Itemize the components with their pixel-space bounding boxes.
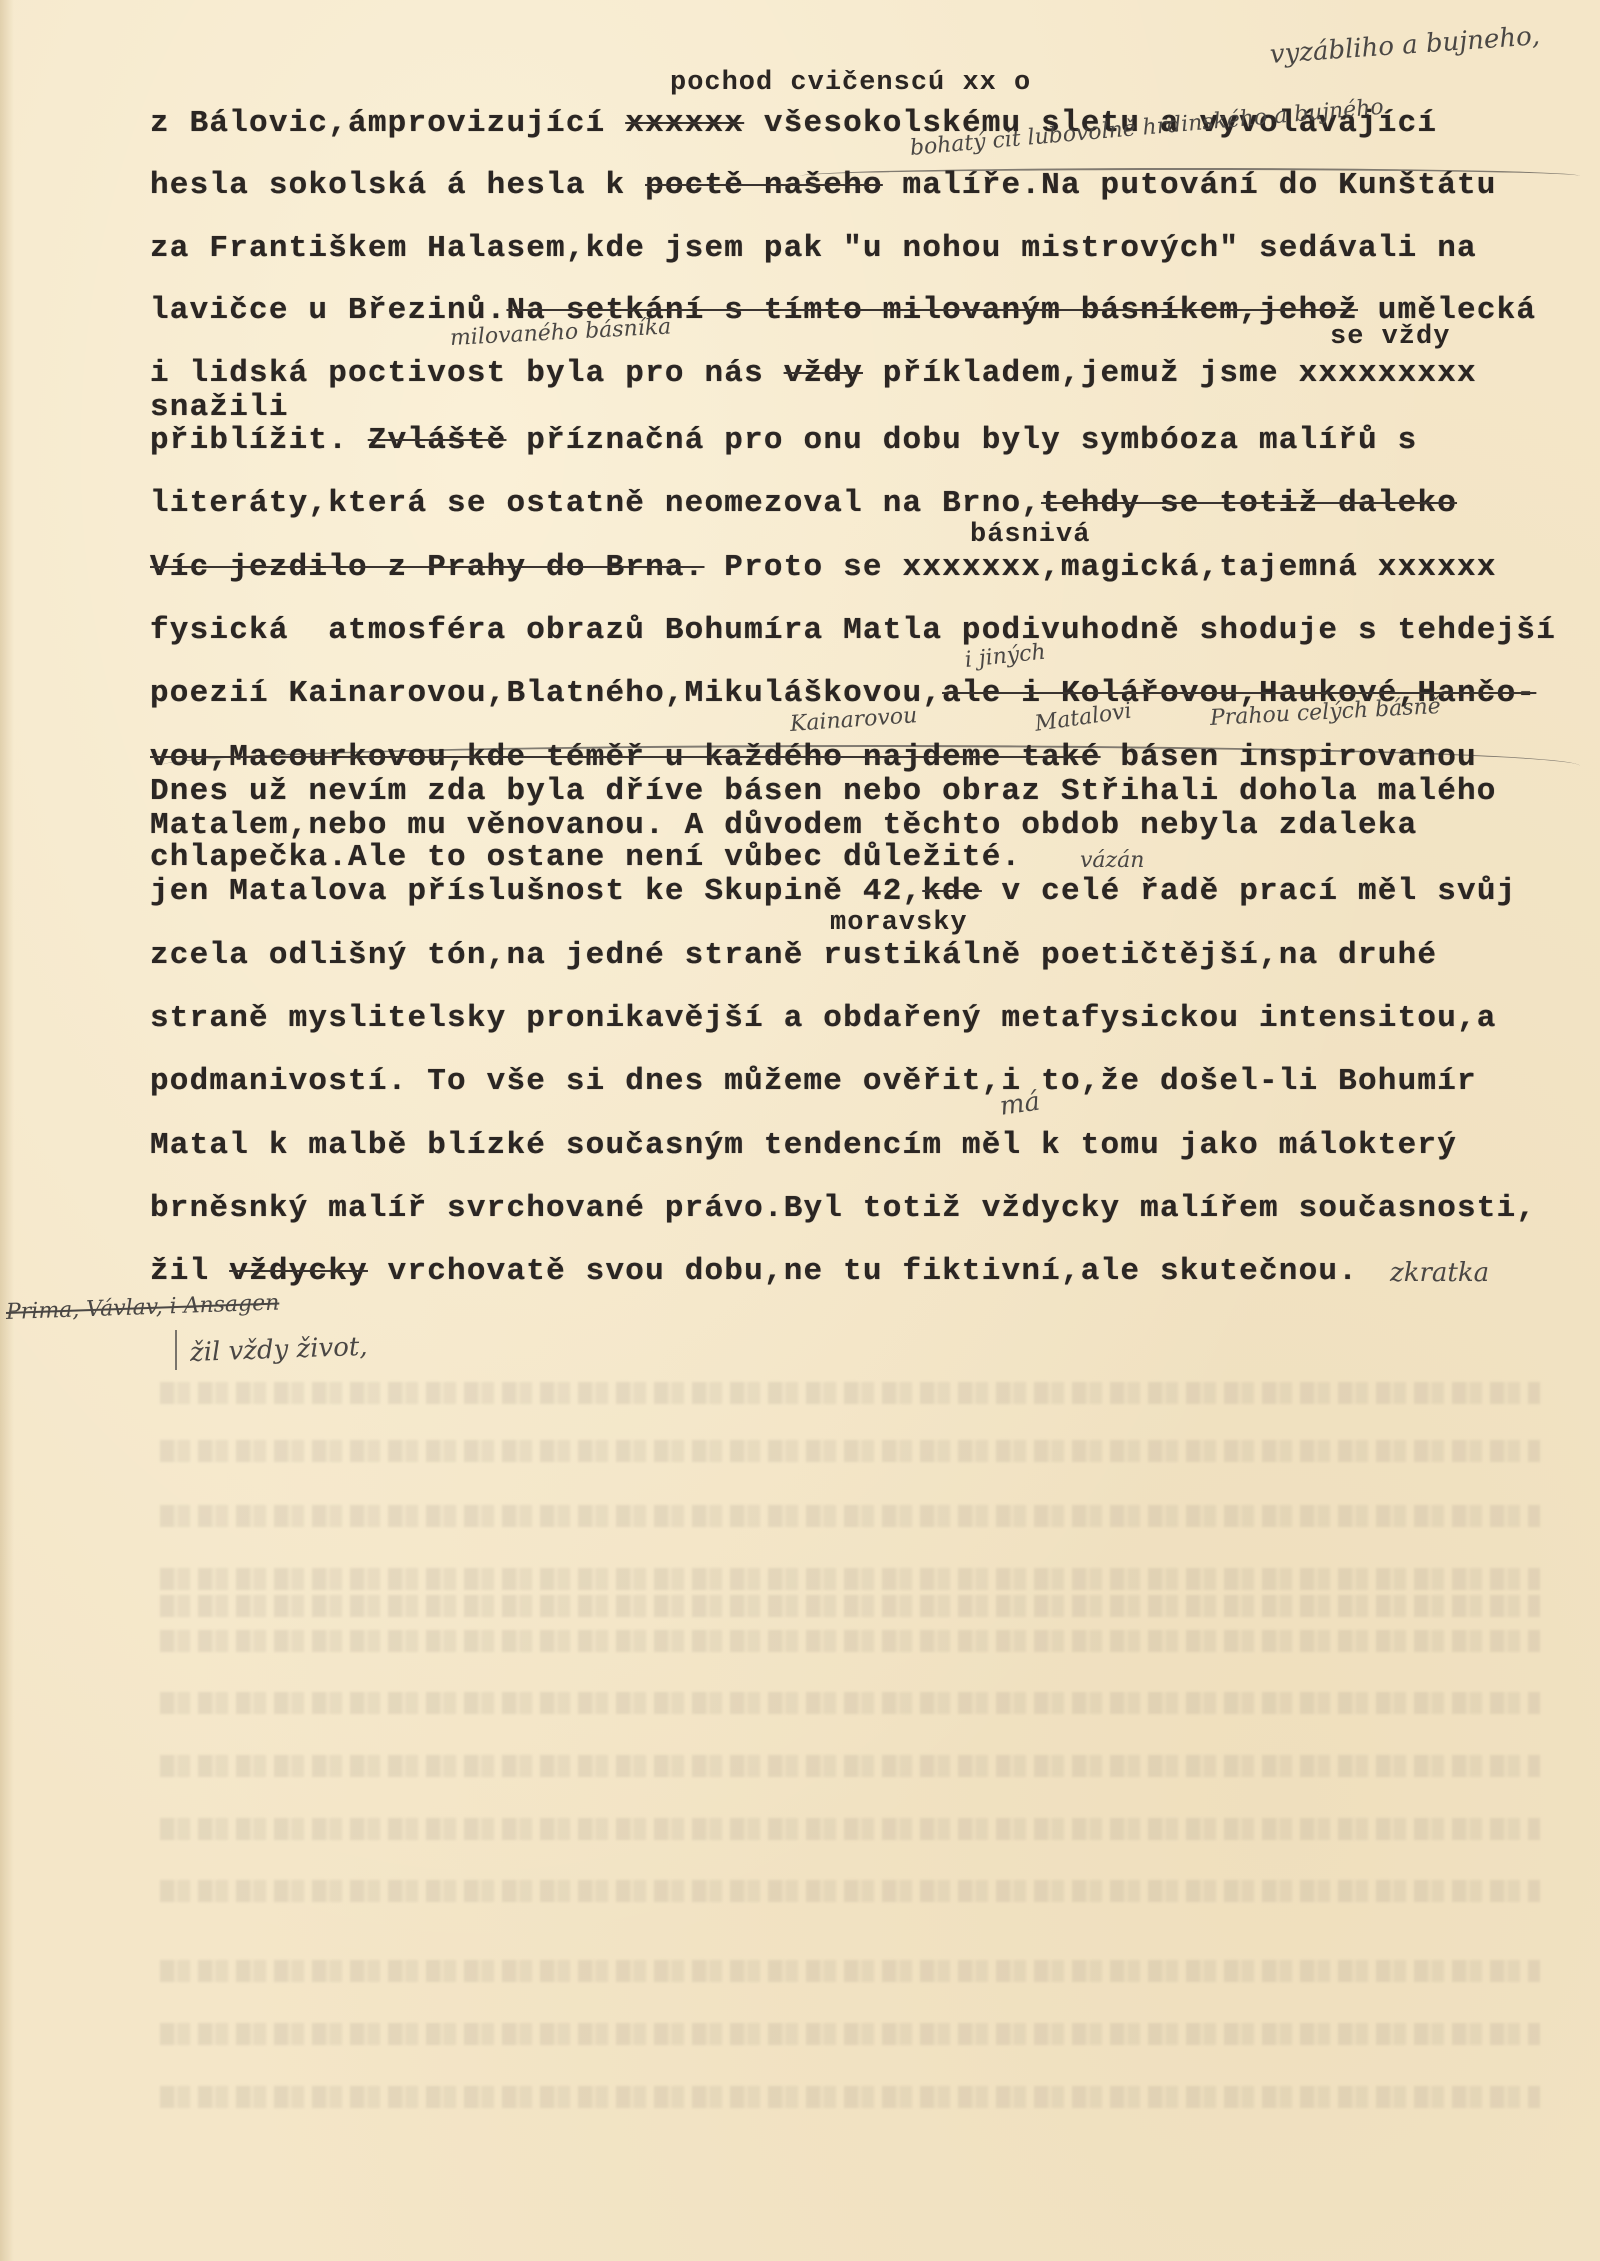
bleed-through-line xyxy=(160,1505,1540,1527)
bleed-through-line xyxy=(160,1818,1540,1840)
typed-line-14: Matalem,nebo mu věnovanou. A důvodem těc… xyxy=(150,810,1570,841)
typed-line-21: brněsnký malíř svrchované právo.Byl toti… xyxy=(150,1193,1570,1224)
bleed-through-line xyxy=(160,1568,1540,1590)
typed-insert-moravsky: moravsky xyxy=(830,908,968,938)
bleed-through-line xyxy=(160,1440,1540,1462)
bleed-through-line xyxy=(160,1692,1540,1714)
typed-insert-basniva: básnivá xyxy=(970,520,1090,550)
bleed-through-line xyxy=(160,2023,1540,2045)
typed-line-18: straně myslitelsky pronikavější a obdaře… xyxy=(150,1003,1570,1034)
typed-line-9: Víc jezdilo z Prahy do Brna. Proto se xx… xyxy=(150,552,1570,583)
handwritten-margin-struck: Prima, Vávlav, i Ansagen xyxy=(6,1290,280,1325)
handwritten-note-vazan: vázán xyxy=(1080,848,1144,873)
typed-line-19: podmanivostí. To vše si dnes můžeme ověř… xyxy=(150,1066,1570,1097)
typed-line-2: hesla sokolská á hesla k poctě našeho ma… xyxy=(150,170,1570,201)
typed-line-10: fysická atmosféra obrazů Bohumíra Matla … xyxy=(150,615,1570,646)
typed-line-13: Dnes už nevím zda byla dříve básen nebo … xyxy=(150,776,1570,807)
typed-insert-se-vzdy: se vždy xyxy=(1330,322,1450,352)
typed-line-6: snažili xyxy=(150,392,1570,423)
typed-line-5: i lidská poctivost byla pro nás vždy pří… xyxy=(150,358,1570,389)
bleed-through-line xyxy=(160,1960,1540,1982)
handwritten-margin-zil-vzdy-zivot: žil vždy život, xyxy=(189,1332,368,1368)
typed-line-12: vou,Macourkovou,kde téměř u každého najd… xyxy=(150,742,1570,773)
typed-insert-above-line: pochod cvičenscú xx o xyxy=(670,68,1031,98)
bleed-through-line xyxy=(160,1382,1540,1404)
handwritten-note-top-right: vyzábliho a bujneho, xyxy=(1269,21,1541,70)
typed-line-20: Matal k malbě blízké současným tendencím… xyxy=(150,1130,1570,1161)
typed-line-16: jen Matalova příslušnost ke Skupině 42,k… xyxy=(150,876,1570,907)
handwritten-note-ma: má xyxy=(998,1087,1042,1122)
handwritten-note-zkratka: zkratka xyxy=(1390,1258,1489,1288)
pen-bracket xyxy=(175,1330,177,1370)
manuscript-page: vyzábliho a bujneho, pochod cvičenscú xx… xyxy=(0,0,1600,2261)
typed-line-17: zcela odlišný tón,na jedné straně rustik… xyxy=(150,940,1570,971)
bleed-through-line xyxy=(160,2086,1540,2108)
bleed-through-line xyxy=(160,1880,1540,1902)
bleed-through-line xyxy=(160,1630,1540,1652)
bleed-through-line xyxy=(160,1755,1540,1777)
typed-line-3: za Františkem Halasem,kde jsem pak "u no… xyxy=(150,233,1570,264)
typed-line-7: přiblížit. Zvláště příznačná pro onu dob… xyxy=(150,425,1570,456)
typed-line-15: chlapečka.Ale to ostane není vůbec důlež… xyxy=(150,842,1570,873)
bleed-through-line xyxy=(160,1595,1540,1617)
typed-line-22: žil vždycky vrchovatě svou dobu,ne tu fi… xyxy=(150,1256,1570,1287)
typed-line-8: literáty,která se ostatně neomezoval na … xyxy=(150,488,1570,519)
paper-edge xyxy=(0,0,14,2261)
